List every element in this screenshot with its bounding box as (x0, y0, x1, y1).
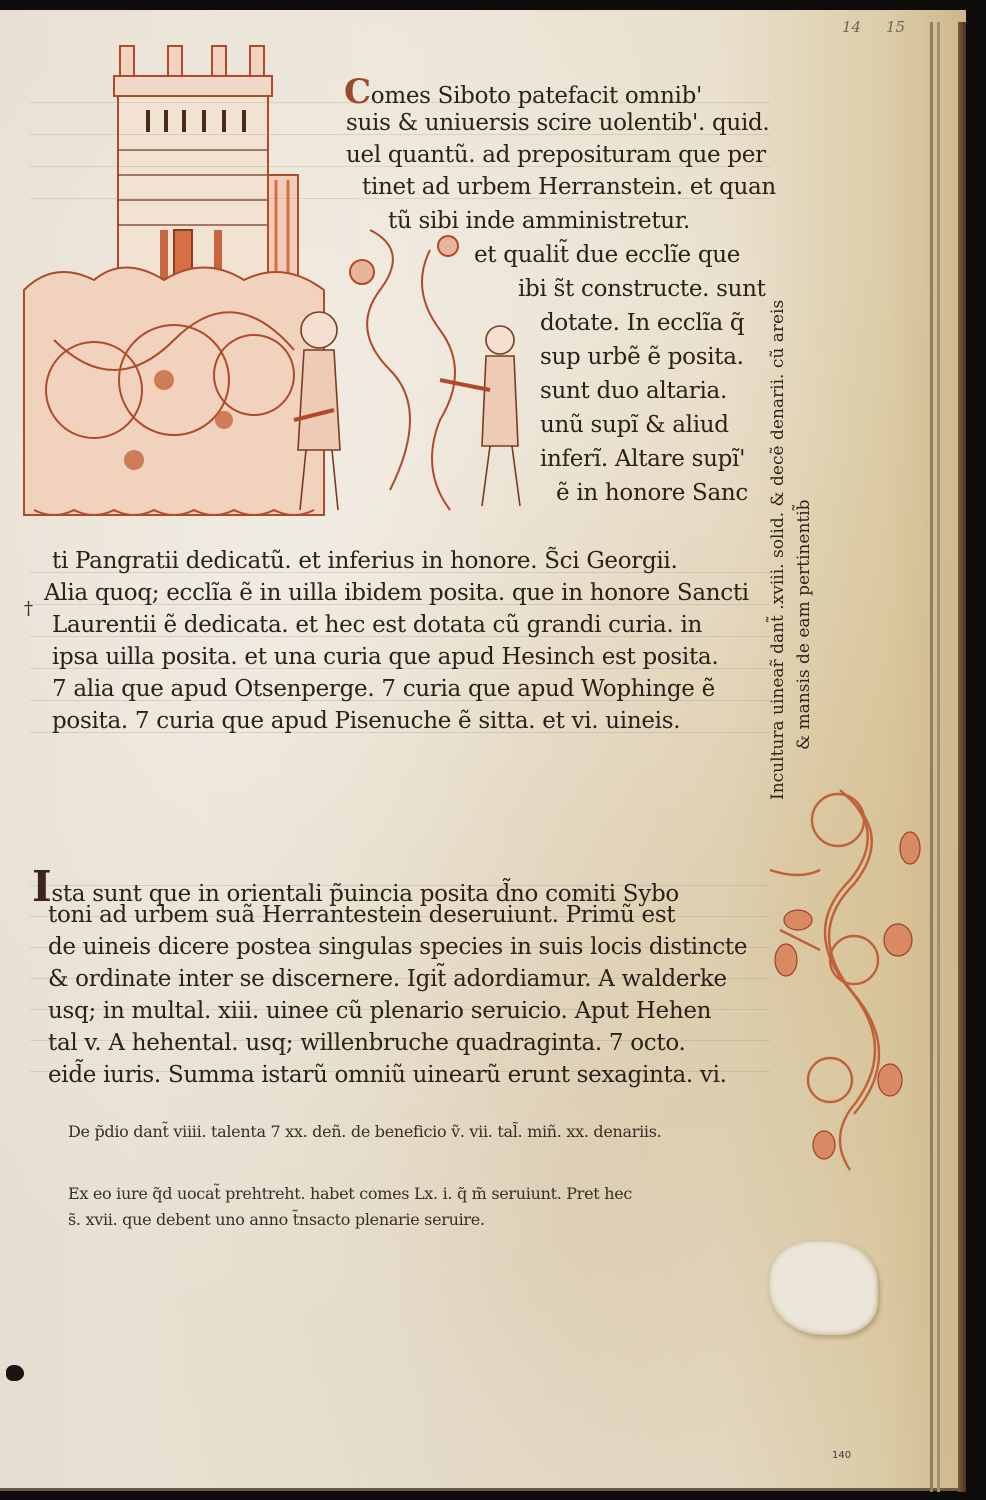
folio-number-pencil: 14 (842, 18, 861, 36)
text-line-estate-income: De p̃dio dant̃ viiii. talenta 7 xx. deñ… (68, 1122, 661, 1141)
text-line: de uineis dicere postea singulas species… (48, 934, 747, 960)
text-line: ẽ in honore Sanc (556, 480, 748, 506)
parchment-hole (6, 1365, 24, 1381)
text-line: ipsa uilla posita. et una curia que apud… (52, 644, 718, 670)
text-line: tinet ad urbem Herranstein. et quan (362, 174, 776, 200)
text-line: sup urbẽ ẽ posita. (540, 344, 744, 370)
text-line: sunt duo altaria. (540, 378, 727, 404)
text-line: tal v. A hehental. usq; willenbruche qua… (48, 1030, 685, 1056)
text-line: 7 alia que apud Otsenperge. 7 curia que … (52, 676, 715, 702)
margin-note-vertical: Incultura uinear̃ dant̃ .xviii. solid. &… (768, 300, 788, 800)
text-line: usq; in multal. xiii. uinee cũ plenario… (48, 998, 711, 1024)
page-edge (930, 22, 933, 1492)
text-line: eid̃e iuris. Summa istarũ omniũ uinear… (48, 1062, 727, 1088)
text-line: tũ sibi inde amministretur. (388, 208, 690, 234)
library-stamp: 140 (832, 1450, 851, 1461)
tower-vine-illustration (14, 40, 350, 532)
text-line: Laurentii ẽ dedicata. et hec est dotata… (52, 612, 702, 638)
text-line: posita. 7 curia que apud Pisenuche ẽ si… (52, 708, 680, 734)
text-line: toni ad urbem suã Herrantestein deserui… (48, 902, 675, 928)
parchment-repair-patch (768, 1240, 878, 1335)
text-line: & ordinate inter se discernere. Igit̃ ad… (48, 966, 727, 992)
text-line: s̃. xvii. que debent uno anno t̃nsacto p… (68, 1210, 485, 1229)
margin-note-vertical: & mansis de eam pertinentib̃ (794, 499, 814, 750)
manuscript-page: 14 15 (0, 10, 966, 1491)
page-edge (937, 22, 940, 1492)
text-line: unũ supĩ & aliud (540, 412, 729, 438)
text-line: Alia quoq; ecclĩa ẽ in uilla ibidem pos… (44, 580, 749, 606)
decorated-initial: C (344, 72, 371, 112)
text-line: ibi s̃t constructe. sunt (518, 276, 766, 302)
text-line: inferĩ. Altare supĩ' (540, 446, 745, 472)
text-line: et qualit̃ due ecclĩe que (474, 242, 740, 268)
insertion-mark: † (24, 598, 33, 619)
text-line: ti Pangratii dedicatũ. et inferius in h… (52, 548, 678, 574)
text-line: Ex eo iure q̃d uocat̃ prehtreht. habet c… (68, 1184, 632, 1203)
text-line: suis & uniuersis scire uolentib'. quid. (346, 110, 769, 136)
text-line: dotate. In ecclĩa q̃ (540, 310, 744, 336)
vine-margin-decoration (760, 780, 940, 1180)
text-line: Comes Siboto patefacit omnib' (344, 72, 702, 112)
text-line: uel quantũ. ad preposituram que per (346, 142, 766, 168)
folio-number-old: 15 (886, 18, 905, 36)
binding-edge (958, 22, 966, 1492)
